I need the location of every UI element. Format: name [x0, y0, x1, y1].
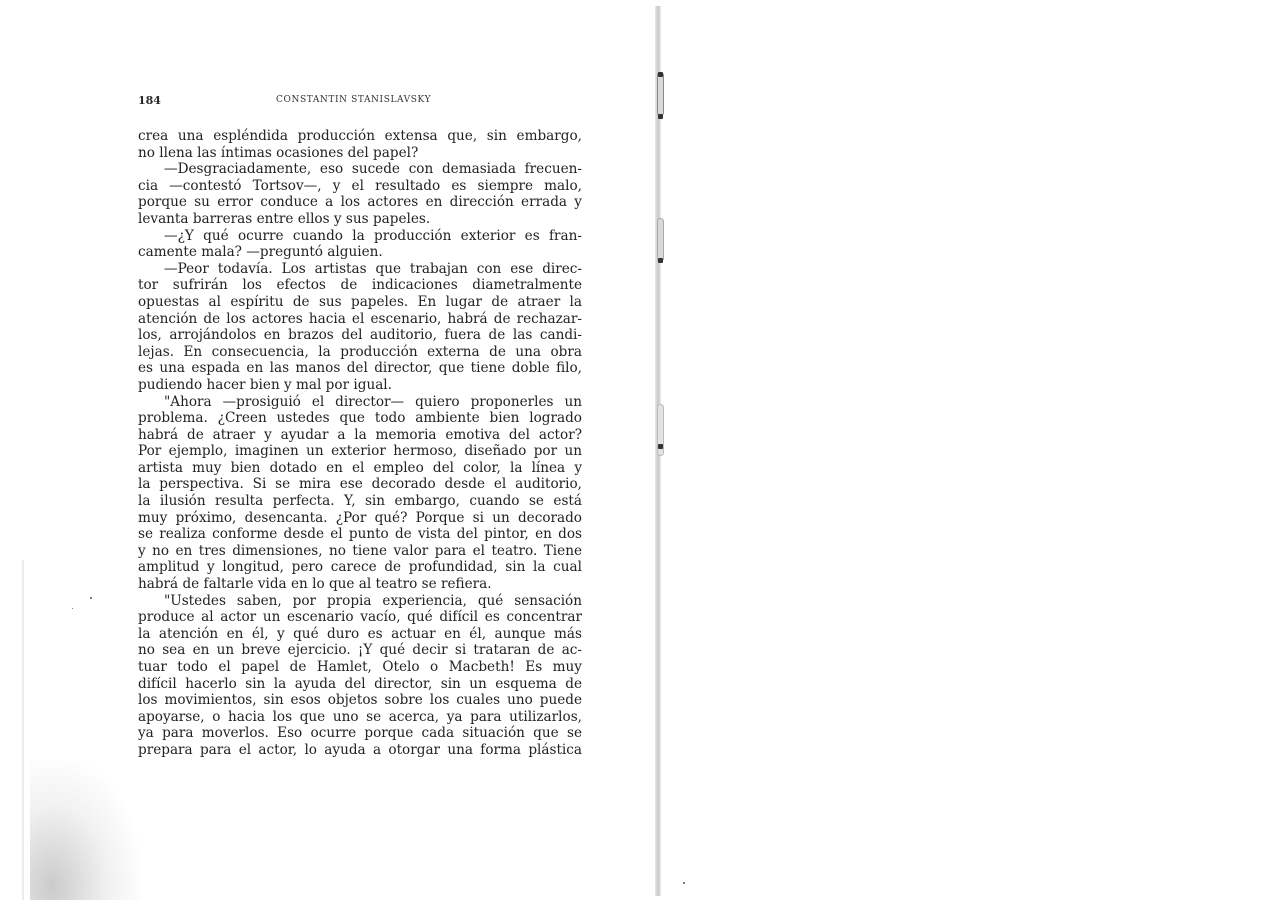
text-line: lejas. En consecuencia, la producción ex… [138, 344, 582, 361]
text-line: levanta barreras entre ellos y sus papel… [138, 211, 582, 228]
text-line: ya para moverlos. Eso ocurre porque cada… [138, 725, 582, 742]
running-head-title: CONSTANTIN STANISLAVSKY [276, 95, 431, 105]
text-line: y no en tres dimensiones, no tiene valor… [138, 543, 582, 560]
text-line: amplitud y longitud, pero carece de prof… [138, 559, 582, 576]
page-number: 184 [138, 94, 161, 107]
left-running-head: 184 CONSTANTIN STANISLAVSKY [138, 94, 582, 110]
text-line: la ilusión resulta perfecta. Y, sin emba… [138, 493, 582, 510]
text-line: habrá de atraer y ayudar a la memoria em… [138, 427, 582, 444]
text-line: la atención en él, y qué duro es actuar … [138, 626, 582, 643]
text-line: "Ahora —prosiguió el director— quiero pr… [138, 394, 582, 411]
text-line: opuestas al espíritu de sus papeles. En … [138, 294, 582, 311]
text-line: no llena las íntimas ocasiones del papel… [138, 145, 582, 162]
text-line: no sea en un breve ejercicio. ¡Y qué dec… [138, 642, 582, 659]
text-line: se realiza conforme desde el punto de vi… [138, 526, 582, 543]
text-line: difícil hacerlo sin la ayuda del directo… [138, 676, 582, 693]
book-spread: 184 CONSTANTIN STANISLAVSKY crea una esp… [0, 0, 1280, 906]
text-line: cia —contestó Tortsov—, y el resultado e… [138, 178, 582, 195]
text-line: prepara para el actor, lo ayuda a otorga… [138, 742, 582, 759]
text-line: produce al actor un escenario vacío, qué… [138, 609, 582, 626]
text-line: los, arrojándolos en brazos del auditori… [138, 327, 582, 344]
right-page: PREPARACION DEL ACTOR 185 externa al ínt… [656, 0, 1280, 906]
left-page: 184 CONSTANTIN STANISLAVSKY crea una esp… [0, 0, 650, 906]
text-line: —Desgraciadamente, eso sucede con demasi… [138, 161, 582, 178]
text-line: artista muy bien dotado en el empleo del… [138, 460, 582, 477]
text-line: crea una espléndida producción extensa q… [138, 128, 582, 145]
text-line: la perspectiva. Si se mira ese decorado … [138, 476, 582, 493]
text-line: tuar todo el papel de Hamlet, Otelo o Ma… [138, 659, 582, 676]
text-line: habrá de faltarle vida en lo que al teat… [138, 576, 582, 593]
text-line: muy próximo, desencanta. ¿Por qué? Porqu… [138, 510, 582, 527]
text-line: apoyarse, o hacia los que uno se acerca,… [138, 709, 582, 726]
text-line: "Ustedes saben, por propia experiencia, … [138, 593, 582, 610]
text-line: camente mala? —preguntó alguien. [138, 244, 582, 261]
text-line: problema. ¿Creen ustedes que todo ambien… [138, 410, 582, 427]
text-line: —¿Y qué ocurre cuando la producción exte… [138, 228, 582, 245]
text-line: pudiendo hacer bien y mal por igual. [138, 377, 582, 394]
text-line: —Peor todavía. Los artistas que trabajan… [138, 261, 582, 278]
left-body-text: crea una espléndida producción extensa q… [138, 128, 582, 759]
text-line: Por ejemplo, imaginen un exterior hermos… [138, 443, 582, 460]
text-line: porque su error conduce a los actores en… [138, 194, 582, 211]
text-line: los movimientos, sin esos objetos sobre … [138, 692, 582, 709]
text-line: es una espada en las manos del director,… [138, 360, 582, 377]
text-line: atención de los actores hacia el escenar… [138, 311, 582, 328]
text-line: tor sufrirán los efectos de indicaciones… [138, 277, 582, 294]
